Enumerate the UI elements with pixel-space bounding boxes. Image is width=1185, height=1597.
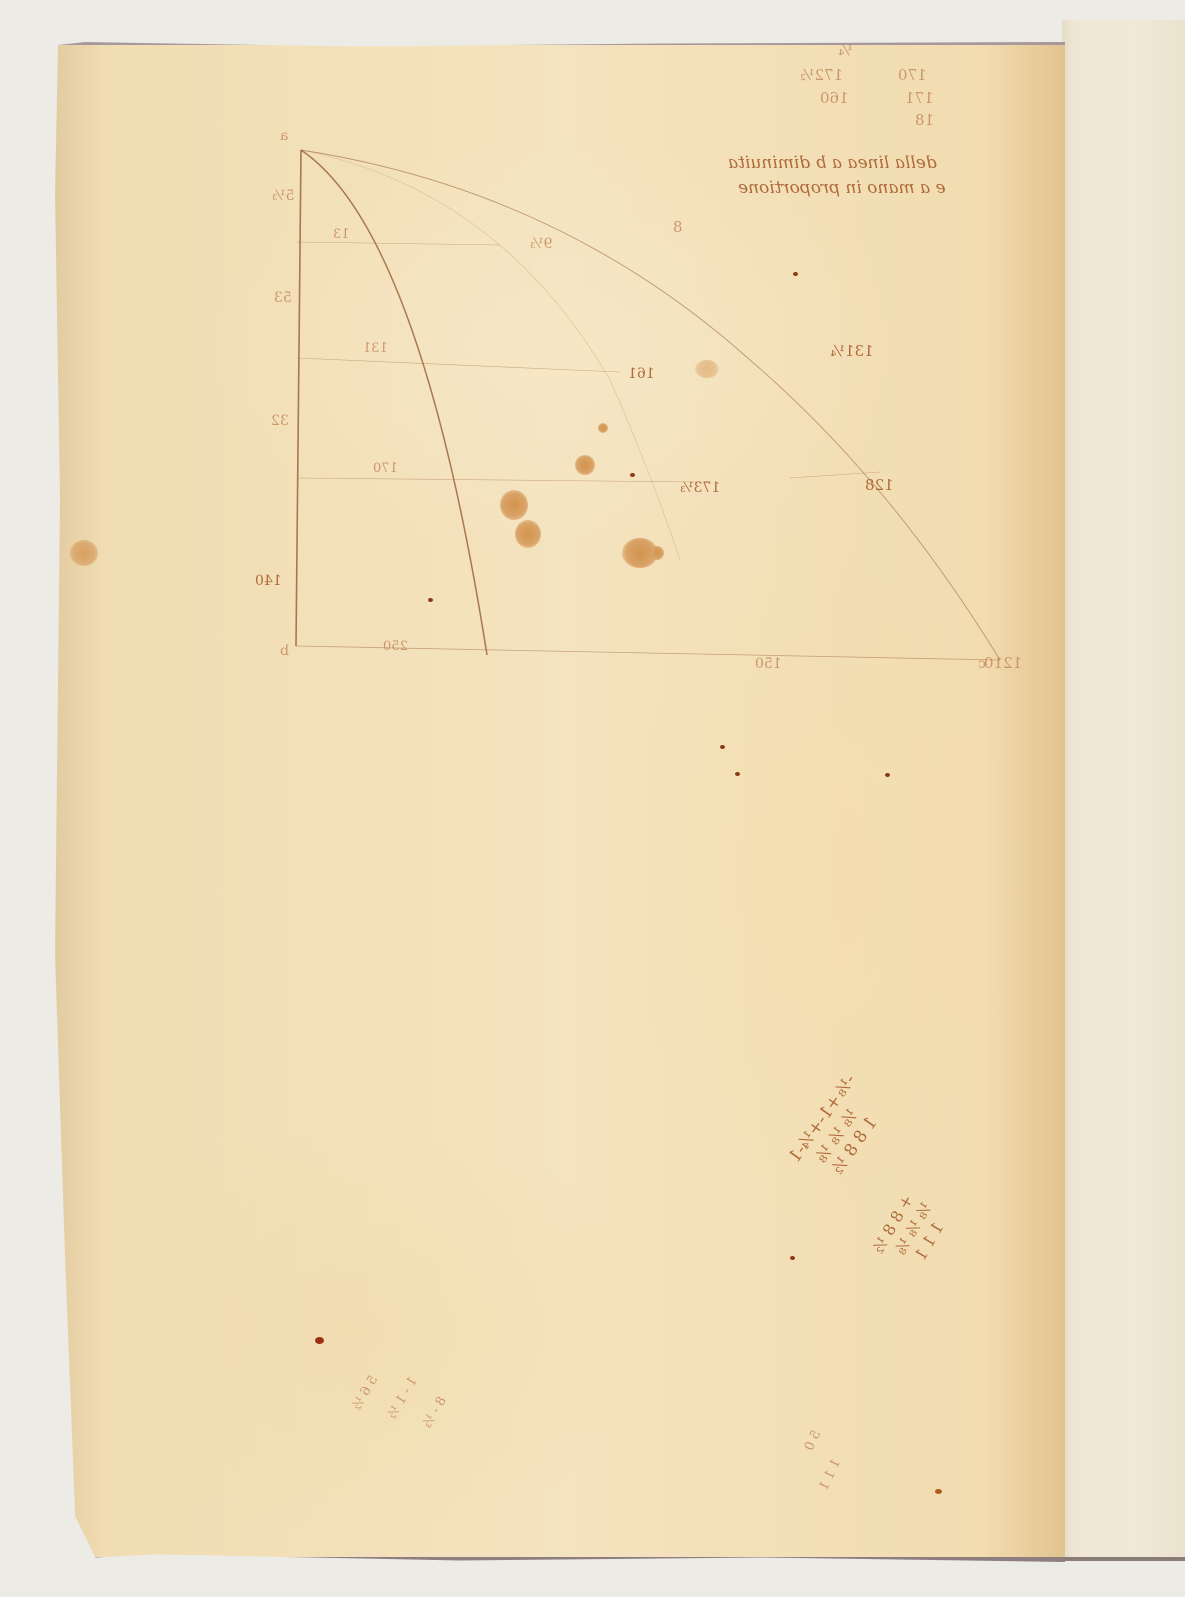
bottom-left-notes: 5 6 ½ 1 - 1 ½ 8 - ⅓ xyxy=(349,1357,451,1448)
vertex-label-a: a xyxy=(280,128,288,144)
svg-text:8 - ⅓: 8 - ⅓ xyxy=(420,1394,450,1431)
svg-text:5⅓: 5⅓ xyxy=(272,188,294,204)
svg-text:150: 150 xyxy=(755,656,782,672)
svg-text:¼: ¼ xyxy=(838,41,853,59)
left-edge-labels: 5⅓ 53 32 140 xyxy=(255,188,294,589)
svg-text:53: 53 xyxy=(274,290,292,306)
svg-text:1210: 1210 xyxy=(984,654,1022,672)
diagram-lines xyxy=(296,150,1000,660)
svg-text:171: 171 xyxy=(905,89,934,107)
calc-block-2: + 8 8 ½ ⅛ ⅛ ⅛ 1 1 1 xyxy=(868,1189,953,1277)
top-caption: della linea a b diminuita e a mano in pr… xyxy=(728,153,946,198)
svg-text:161: 161 xyxy=(628,366,655,382)
bottom-right-notes: 5 0 1 1 1 xyxy=(789,1428,851,1493)
svg-text:140: 140 xyxy=(255,573,282,589)
middle-band-labels: 9⅓ 161 173⅓ 150 xyxy=(530,236,782,672)
svg-text:250: 250 xyxy=(383,639,408,654)
svg-text:32: 32 xyxy=(271,413,289,429)
geometric-diagram: ¼ 172½ 170 160 171 18 della linea a b di… xyxy=(0,0,1185,1597)
svg-text:170: 170 xyxy=(898,66,927,84)
svg-text:128: 128 xyxy=(865,476,894,494)
outer-band-labels: 8 131¼ 128 1210 xyxy=(673,218,1022,672)
svg-text:1 - 1 ½: 1 - 1 ½ xyxy=(385,1375,421,1422)
svg-text:della linea a b diminuita: della linea a b diminuita xyxy=(728,153,937,173)
svg-text:160: 160 xyxy=(820,89,849,107)
top-notes-table: ¼ 172½ 170 160 171 18 xyxy=(800,41,934,129)
svg-text:131¼: 131¼ xyxy=(830,342,874,360)
svg-text:9⅓: 9⅓ xyxy=(530,236,552,252)
svg-text:1 1 1: 1 1 1 xyxy=(816,1457,844,1493)
svg-text:173⅓: 173⅓ xyxy=(680,480,720,496)
svg-text:18: 18 xyxy=(915,111,934,129)
svg-text:13: 13 xyxy=(333,227,350,242)
svg-text:e a mano in proportione: e a mano in proportione xyxy=(738,178,946,198)
svg-text:170: 170 xyxy=(373,461,398,476)
vertex-label-b: b xyxy=(280,643,289,659)
calc-block-1: +1-+¼-1 ⅛ ⅛ ⅛ 1 8 8 ½ -⅛ xyxy=(785,1071,895,1191)
svg-text:8: 8 xyxy=(673,218,683,236)
svg-text:5 6 ½: 5 6 ½ xyxy=(349,1373,381,1413)
svg-text:5 0: 5 0 xyxy=(802,1428,824,1453)
svg-text:172½: 172½ xyxy=(800,66,843,84)
svg-text:131: 131 xyxy=(363,341,388,356)
